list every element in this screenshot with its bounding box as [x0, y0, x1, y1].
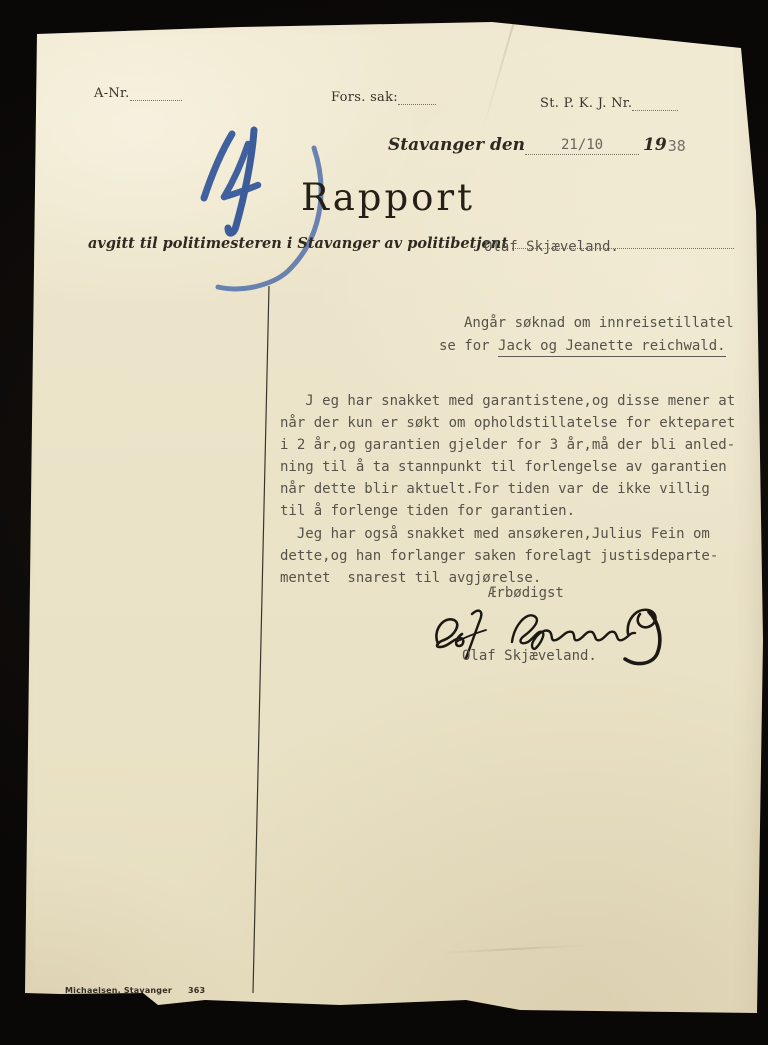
date-dotted-segment: 21/10 [525, 134, 639, 155]
body-line: til å forlenge tiden for garantien. [280, 500, 735, 522]
subject-line-2-prefix: se for [439, 338, 498, 354]
body-line: dette,og han forlanger saken forelagt ju… [280, 545, 718, 567]
printer-name: Michaelsen, Stavanger [65, 986, 172, 995]
subject-line-1-text: Angår søknad om innreisetillatel [464, 312, 734, 334]
stpkj-nr-label: St. P. K. J. Nr. [540, 96, 632, 111]
stpkj-nr-dotted-line [632, 98, 678, 111]
paper-crease-mark [481, 22, 515, 133]
subject-names-underlined: Jack og Jeanette reichwald. [498, 338, 726, 357]
paper-crease-mark [440, 944, 590, 954]
scanned-paper-sheet: A-Nr. Fors. sak: St. P. K. J. Nr. Stavan… [0, 0, 768, 1045]
a-nr-label: A-Nr. [94, 86, 130, 101]
place-date-line: Stavanger den 21/10 19 38 [388, 134, 686, 155]
subject-line-2: se for Jack og Jeanette reichwald. [439, 335, 726, 357]
fors-sak-label: Fors. sak: [331, 90, 398, 105]
body-line: J eg har snakket med garantistene,og dis… [280, 390, 735, 412]
printer-form-number: 363 [188, 986, 205, 995]
form-field-fors-sak: Fors. sak: [331, 90, 436, 105]
form-field-stpkj-nr: St. P. K. J. Nr. [540, 96, 678, 111]
a-nr-dotted-line [130, 88, 182, 101]
typed-year-suffix: 38 [668, 137, 686, 155]
closing-salutation: Ærbødigst [488, 585, 564, 601]
byline-officer-name-typed: Olaf Skjæveland. [484, 239, 619, 255]
printed-year-prefix: 19 [643, 135, 667, 155]
byline-row: avgitt til politimesteren i Stavanger av… [88, 234, 734, 252]
body-line: når der kun er søkt om opholdstillatelse… [280, 412, 735, 434]
printer-imprint: Michaelsen, Stavanger 363 [65, 986, 205, 995]
place-date-prefix: Stavanger den [388, 135, 525, 155]
subject-line-1: Angår søknad om innreisetillatel [464, 312, 734, 334]
report-title: Rapport [298, 176, 478, 219]
body-line: ning til å ta stannpunkt til forlengelse… [280, 456, 735, 478]
typed-date: 21/10 [561, 137, 603, 153]
margin-rule-line [240, 283, 276, 997]
body-paragraph-1: J eg har snakket med garantistene,og dis… [280, 390, 735, 522]
byline-printed-text: avgitt til politimesteren i Stavanger av… [88, 235, 508, 252]
body-line: i 2 år,og garantien gjelder for 3 år,må … [280, 434, 735, 456]
body-line: Jeg har også snakket med ansøkeren,Juliu… [280, 523, 718, 545]
body-paragraph-2: Jeg har også snakket med ansøkeren,Juliu… [280, 523, 718, 589]
fors-sak-dotted-line [398, 92, 436, 105]
form-field-a-nr: A-Nr. [94, 86, 182, 101]
body-line: når dette blir aktuelt.For tiden var de … [280, 478, 735, 500]
typed-signature-name: Olaf Skjæveland. [462, 648, 597, 664]
